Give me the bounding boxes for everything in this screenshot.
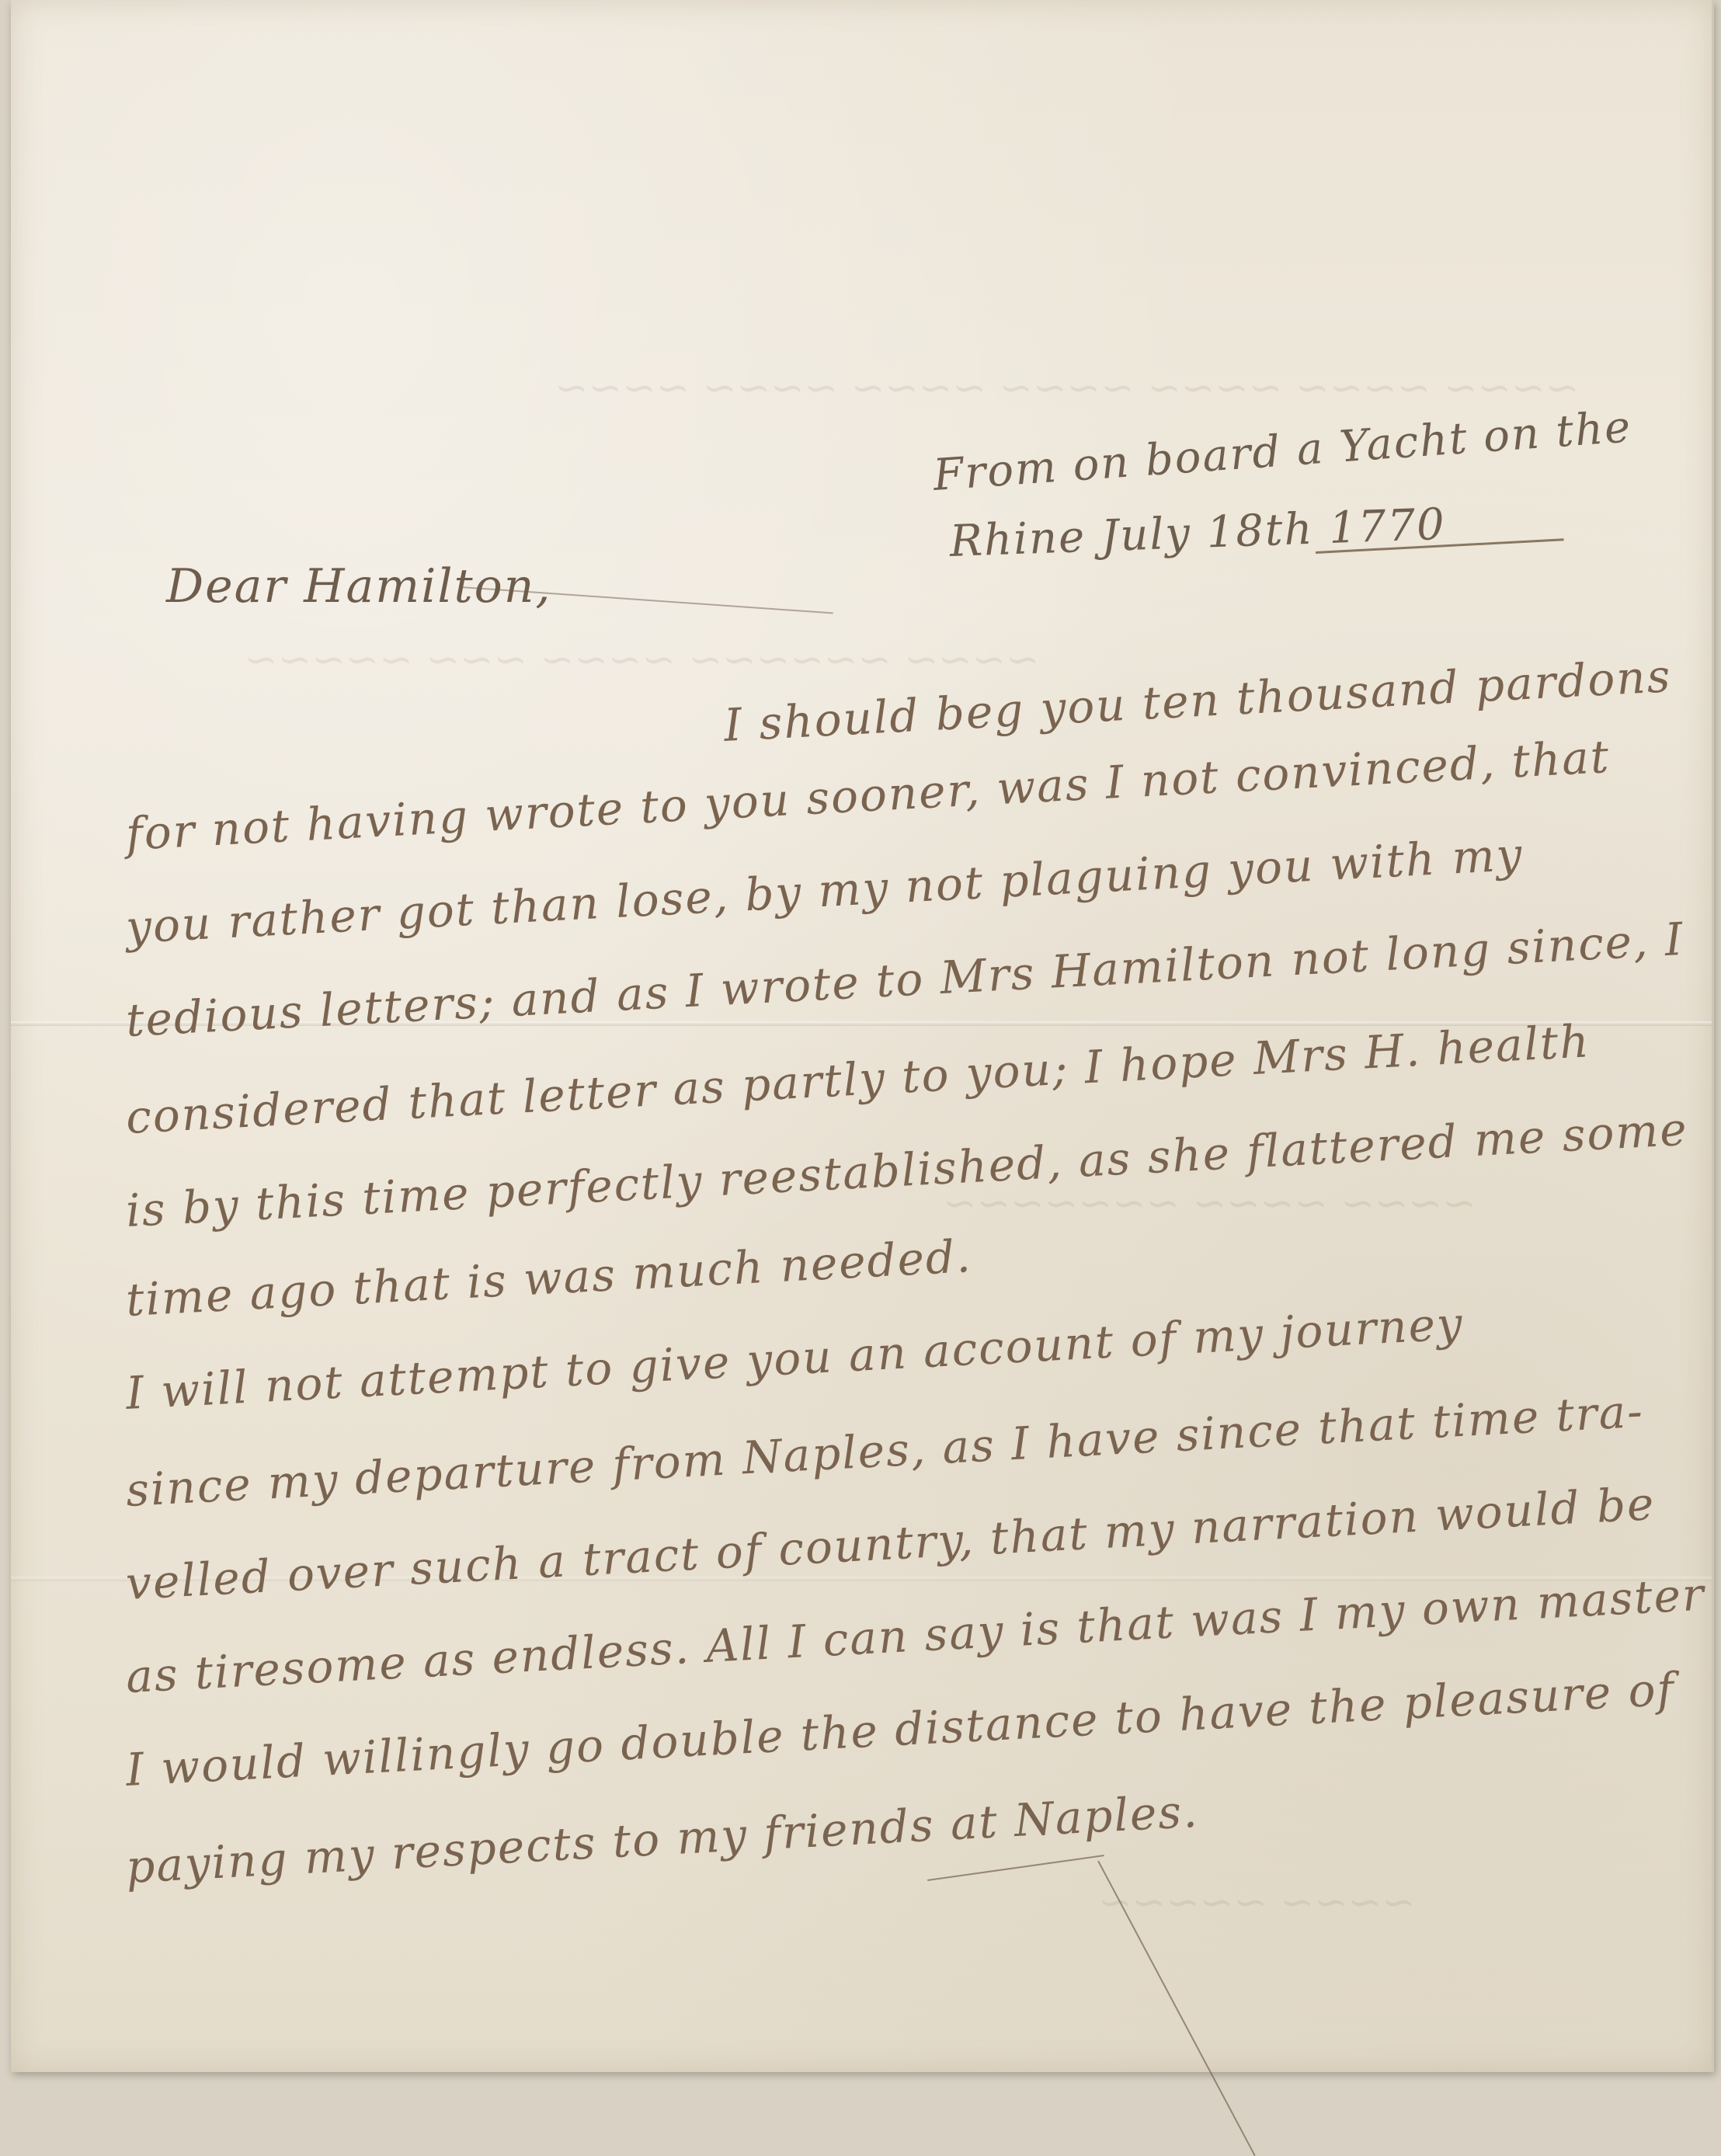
body-line-13: paying my respects to my friends at Napl… [124,1785,1200,1893]
bleed-through-text: ~~~~ ~~~~ ~~~~ ~~~~ ~~~~ ~~~~ ~~~~ [555,365,1579,412]
letter-sheet: ~~~~ ~~~~ ~~~~ ~~~~ ~~~~ ~~~~ ~~~~ ~~~~ … [11,0,1714,2072]
dateline-line-1: From on board a Yacht on the [931,402,1633,501]
bleed-through-text: ~~~~ ~~~~~~ ~~~~ ~~~ ~~~~~ [244,637,1040,683]
bleed-through-text: ~~~~ ~~~~~ [1098,1880,1416,1926]
paper-tear [927,1855,1104,1881]
salutation: Dear Hamilton, [166,559,551,614]
body-line-7: time ago that is was much needed. [124,1229,973,1327]
dateline-line-2: Rhine July 18th 1770 [949,499,1447,567]
